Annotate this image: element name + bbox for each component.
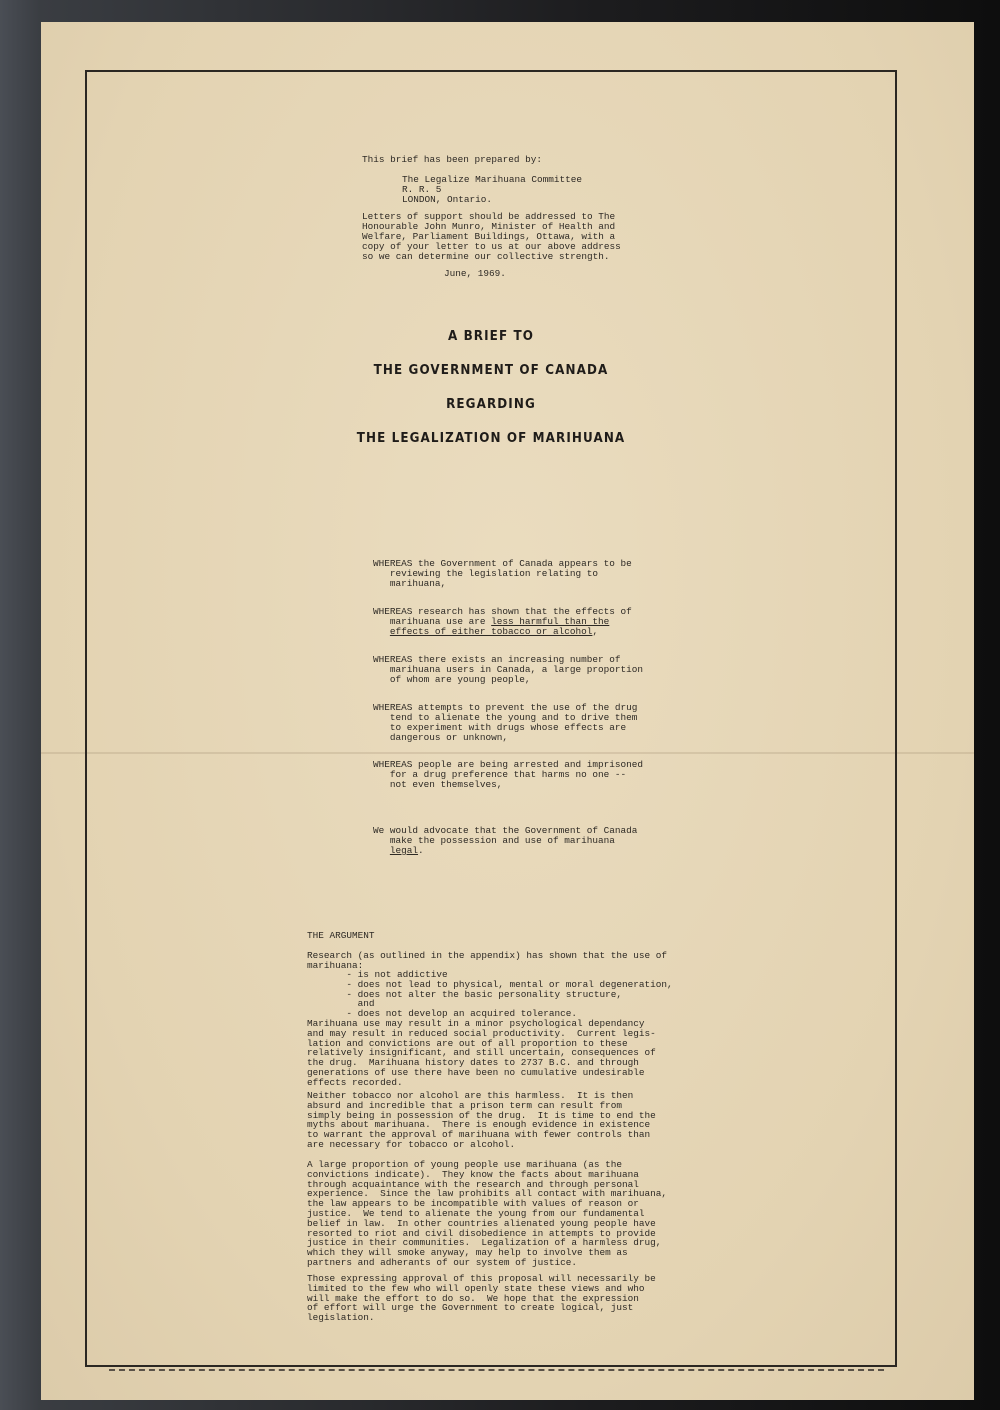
title-line-2: THE GOVERNMENT OF CANADA [119, 363, 862, 378]
clause-line: of whom are young people, [373, 675, 531, 685]
underlined-emphasis: legal [390, 845, 418, 856]
clause-punctuation: . [418, 845, 424, 856]
argument-paragraph-4: Those expressing approval of this propos… [307, 1274, 656, 1323]
clause-line: dangerous or unknown, [373, 733, 508, 743]
clause-line: not even themselves, [373, 780, 502, 790]
argument-intro: Research (as outlined in the appendix) h… [307, 951, 667, 971]
clause-punctuation: , [592, 626, 598, 637]
clause-line: marihuana, [373, 579, 446, 589]
argument-bullet-list: - is not addictive - does not lead to ph… [307, 970, 673, 1019]
letters-line-5: so we can determine our collective stren… [362, 252, 610, 262]
clause-line: effects of either tobacco or alcohol, [373, 627, 598, 637]
argument-paragraph-2: Neither tobacco nor alcohol are this har… [307, 1091, 656, 1150]
argument-paragraph-1: Marihuana use may result in a minor psyc… [307, 1019, 656, 1088]
document-page: This brief has been prepared by: The Leg… [41, 22, 974, 1400]
page-border-frame: This brief has been prepared by: The Leg… [85, 70, 897, 1367]
org-city: LONDON, Ontario. [402, 195, 492, 205]
clause-line: legal. [373, 846, 424, 856]
bottom-dashed-rule [109, 1369, 884, 1371]
argument-paragraph-3: A large proportion of young people use m… [307, 1160, 667, 1268]
prepared-by-label: This brief has been prepared by: [362, 155, 542, 165]
title-line-1: A BRIEF TO [119, 329, 862, 344]
title-line-3: REGARDING [119, 397, 862, 412]
section-heading: THE ARGUMENT [307, 931, 375, 941]
underlined-emphasis: effects of either tobacco or alcohol [390, 626, 593, 637]
brief-date: June, 1969. [444, 269, 506, 279]
title-line-4: THE LEGALIZATION OF MARIHUANA [119, 431, 862, 446]
